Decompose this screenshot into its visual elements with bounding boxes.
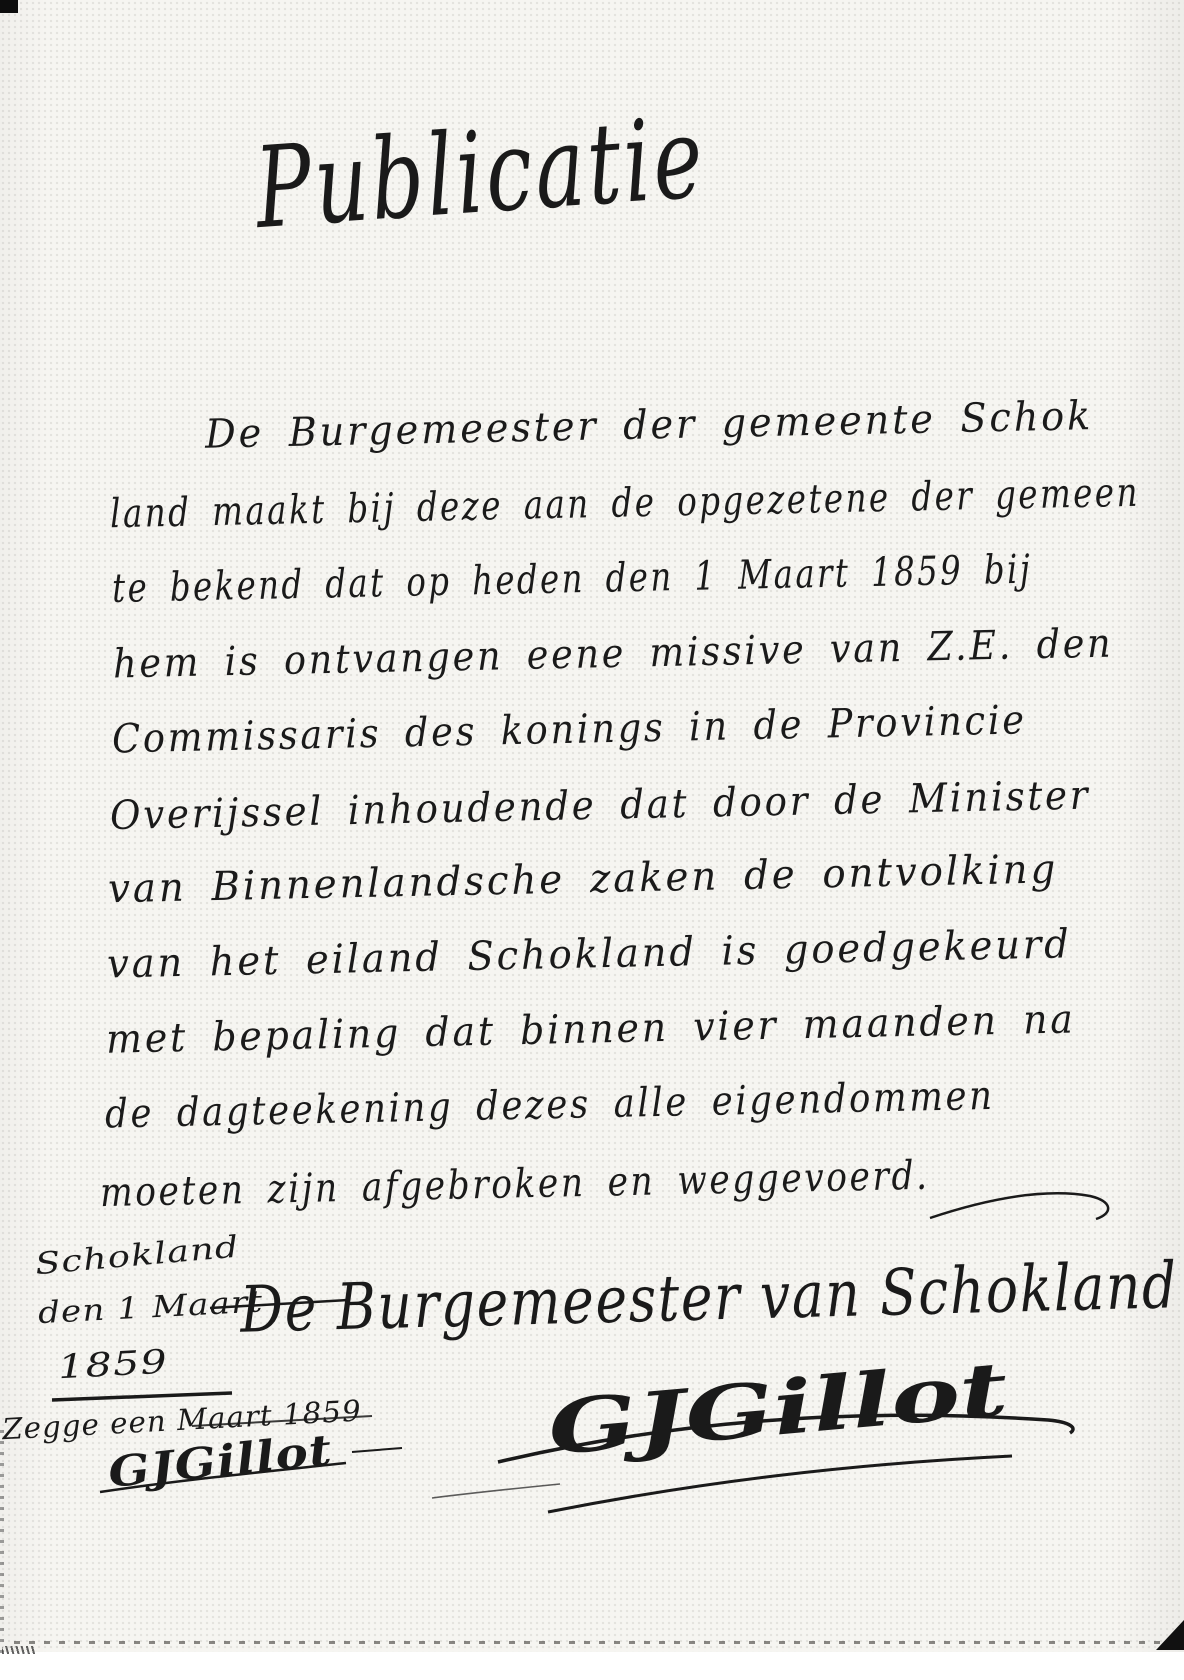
body-line-text: te bekend dat op heden den 1 Maart 1859 … [112, 550, 1033, 609]
bottom-left-mark [2, 1646, 36, 1654]
margin-year-underline [52, 1393, 232, 1400]
document-title-text: Publicatie [252, 102, 709, 245]
margin-place: Schokland [34, 1236, 204, 1281]
margin-date-line-2: 1859 [57, 1346, 147, 1384]
margin-date-text: den 1 Maart [37, 1287, 264, 1329]
body-line-text: moeten zijn afgebroken en weggevoerd. [100, 1156, 930, 1213]
body-line: moeten zijn afgebroken en weggevoerd. [100, 1153, 1066, 1213]
bottom-right-corner-mark [1156, 1620, 1184, 1650]
closing-signature-text: GJGillot [545, 1352, 1010, 1466]
margin-place-text: Schokland [34, 1233, 241, 1281]
closing-signature: GJGillot [545, 1364, 879, 1466]
margin-signature: GJGillot [106, 1432, 304, 1494]
margin-date-line-1: den 1 Maart [37, 1289, 237, 1329]
scan-corner-mark [0, 0, 18, 13]
closing-line-text: De Burgemeester van Schokland [239, 1254, 1178, 1343]
margin-year-text: 1859 [57, 1345, 169, 1384]
signature-flourish-faint [432, 1484, 560, 1498]
body-line: Overijssel inhoudende dat door de Minist… [110, 774, 1169, 836]
left-edge-speckles [0, 1430, 4, 1658]
photo-paper-area: Publicatie De Burgemeester der gemeente … [0, 0, 1184, 1652]
body-line: land maakt bij deze aan de opgezetene de… [110, 468, 1184, 535]
body-line-text: De Burgemeester der gemeente Schok [205, 396, 1094, 455]
closing-line: De Burgemeester van Schokland [239, 1249, 1184, 1342]
body-line: met bepaling dat binnen vier maanden na [106, 998, 1132, 1059]
body-line-text: Commissaris des konings in de Provincie [112, 700, 1027, 759]
body-line: Commissaris des konings in de Provincie [112, 699, 1110, 760]
body-line: De Burgemeester der gemeente Schok [205, 395, 1135, 454]
document-title: Publicatie [252, 91, 866, 245]
body-line-text: de dagteekening dezes alle eigendommen [105, 1076, 995, 1135]
body-line-text: land maakt bij deze aan de opgezetene de… [110, 473, 1140, 535]
body-line-text: van Binnenlandsche zaken de ontvolking [108, 849, 1059, 909]
body-line-text: hem is ontvangen eene missive van Z.E. d… [113, 624, 1114, 685]
body-line: de dagteekening dezes alle eigendommen [105, 1073, 1110, 1134]
end-flourish [930, 1193, 1108, 1219]
body-line-text: Overijssel inhoudende dat door de Minist… [110, 776, 1091, 837]
margin-signature-dash [352, 1448, 402, 1452]
body-line: hem is ontvangen eene missive van Z.E. d… [113, 622, 1184, 685]
body-line-text: van het eiland Schokland is goedgekeurd [107, 924, 1072, 984]
body-line: van het eiland Schokland is goedgekeurd [107, 923, 1112, 984]
body-line-text: met bepaling dat binnen vier maanden na [106, 999, 1076, 1059]
body-line: te bekend dat op heden den 1 Maart 1859 … [112, 545, 1184, 609]
body-line: van Binnenlandsche zaken de ontvolking [108, 849, 1091, 910]
scanned-document-page: Publicatie De Burgemeester der gemeente … [0, 0, 1184, 1680]
photo-edge-dashes [14, 1641, 1180, 1644]
